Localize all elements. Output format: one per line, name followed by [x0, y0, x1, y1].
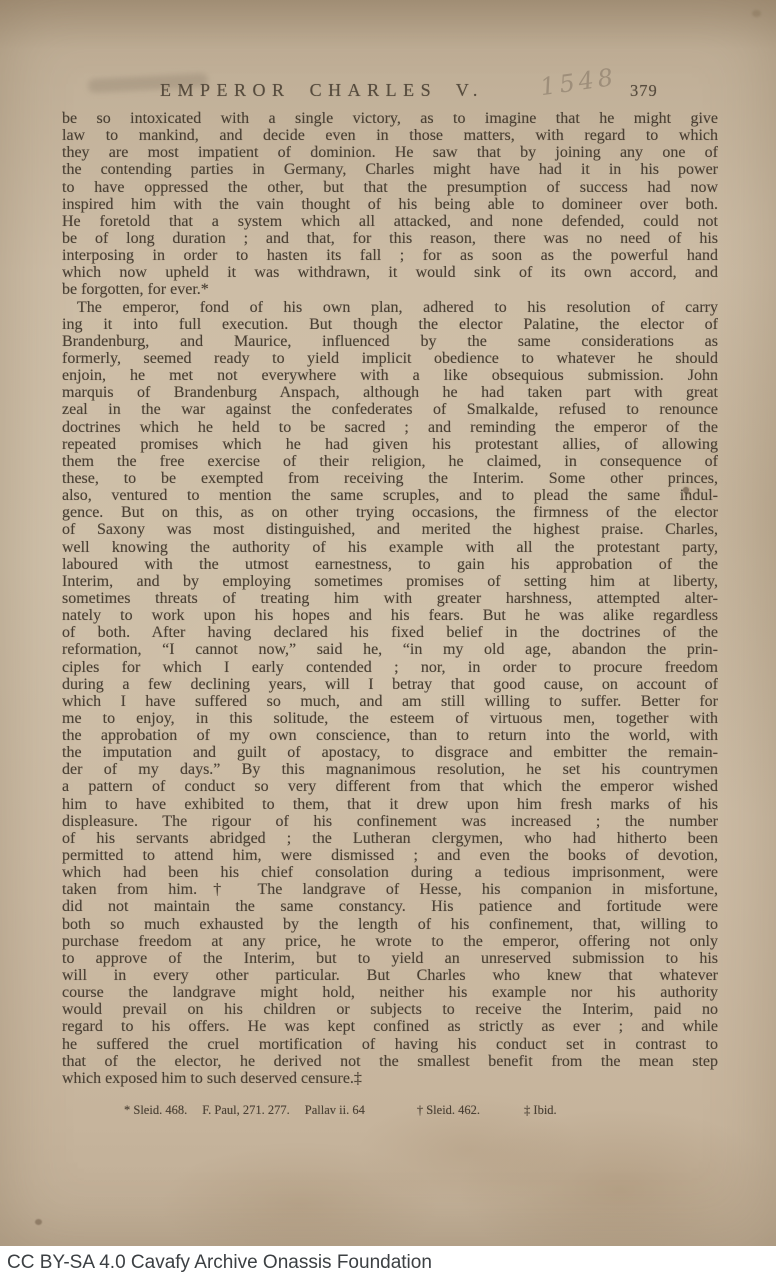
text-line: be so intoxicated with a single victory,… [62, 110, 718, 127]
text-line: ciples for which I early contended ; nor… [62, 659, 718, 676]
footnotes-row: * Sleid. 468. F. Paul, 271. 277. Pallav … [124, 1103, 684, 1118]
text-line: formerly, seemed ready to yield implicit… [62, 350, 718, 367]
text-line: of his servants abridged ; the Lutheran … [62, 830, 718, 847]
text-line: the approbation of my own conscience, th… [62, 727, 718, 744]
text-line: both so much exhausted by the length of … [62, 916, 718, 933]
text-line: be of long duration ; and that, for this… [62, 230, 718, 247]
text-line: purchase freedom at any price, he wrote … [62, 933, 718, 950]
running-head-title: EMPEROR CHARLES V. [62, 80, 582, 101]
text-line: permitted to attend him, were dismissed … [62, 847, 718, 864]
text-line: which now upheld it was withdrawn, it wo… [62, 264, 718, 281]
text-line: inspired him with the vain thought of hi… [62, 196, 718, 213]
text-line: Brandenburg, and Maurice, influenced by … [62, 333, 718, 350]
text-line: nately to work upon his hopes and his fe… [62, 607, 718, 624]
text-line: be forgotten, for ever.* [62, 281, 718, 298]
text-line: der of my days.” By this magnanimous res… [62, 761, 718, 778]
text-line: a pattern of conduct so very different f… [62, 778, 718, 795]
text-line: will in every other particular. But Char… [62, 967, 718, 984]
footnote-ref: ‡ Ibid. [524, 1103, 557, 1118]
text-line: during a few declining years, will I bet… [62, 676, 718, 693]
handwritten-year-note: 1548 [538, 63, 618, 101]
text-line: enjoin, he met not everywhere with a lik… [62, 367, 718, 384]
text-line: he suffered the cruel mortification of h… [62, 1036, 718, 1053]
text-line: me to enjoy, in this solitude, the estee… [62, 710, 718, 727]
paragraph: be so intoxicated with a single victory,… [62, 110, 718, 299]
text-line: taken from him.† The landgrave of Hesse,… [62, 881, 718, 898]
text-line: which exposed him to such deserved censu… [62, 1070, 718, 1087]
text-line: interposing in order to hasten its fall … [62, 247, 718, 264]
text-line: sometimes threats of treating him with g… [62, 590, 718, 607]
license-caption-bar: CC BY-SA 4.0 Cavafy Archive Onassis Foun… [0, 1246, 776, 1280]
text-line: they are most impatient of dominion. He … [62, 144, 718, 161]
text-line: the contending parties in Germany, Charl… [62, 161, 718, 178]
paper-stain [35, 1219, 42, 1225]
text-line: which had been his chief consolation dur… [62, 864, 718, 881]
text-line: also, ventured to mention the same scrup… [62, 487, 718, 504]
text-line: laboured with the utmost earnestness, to… [62, 556, 718, 573]
text-line: regard to his offers. He was kept confin… [62, 1018, 718, 1035]
text-line: zeal in the war against the confederates… [62, 401, 718, 418]
text-line: repeated promises which he had given his… [62, 436, 718, 453]
body-text: be so intoxicated with a single victory,… [62, 110, 718, 1087]
text-line: of both. After having declared his fixed… [62, 624, 718, 641]
text-line: The emperor, fond of his own plan, adher… [62, 299, 718, 316]
text-line: to approve of the Interim, but to yield … [62, 950, 718, 967]
text-line: ing it into full execution. But though t… [62, 316, 718, 333]
text-line: which I have suffered so much, and am st… [62, 693, 718, 710]
text-line: doctrines which he held to be sacred ; a… [62, 419, 718, 436]
footnote-ref: F. Paul, 271. 277. [202, 1103, 290, 1118]
text-line: gence. But on this, as on other trying o… [62, 504, 718, 521]
text-line: to have oppressed the other, but that th… [62, 179, 718, 196]
text-line: of Saxony was most distinguished, and me… [62, 521, 718, 538]
paragraph: The emperor, fond of his own plan, adher… [62, 299, 718, 1087]
text-line: law to mankind, and decide even in those… [62, 127, 718, 144]
license-caption-text: CC BY-SA 4.0 Cavafy Archive Onassis Foun… [0, 1252, 432, 1274]
footnote-ref: † Sleid. 462. [417, 1103, 480, 1118]
text-line: him to have exhibited to them, that it d… [62, 796, 718, 813]
text-line: would prevail on his children or subject… [62, 1001, 718, 1018]
page-number: 379 [630, 81, 670, 101]
text-line: did not maintain the same constancy. His… [62, 898, 718, 915]
footnote-ref: * Sleid. 468. [124, 1103, 187, 1118]
footnote-ref: Pallav ii. 64 [305, 1103, 365, 1118]
text-line: well knowing the authority of his exampl… [62, 539, 718, 556]
book-page-scan: EMPEROR CHARLES V. 1548 379 be so intoxi… [0, 0, 776, 1246]
text-line: them the free exercise of their religion… [62, 453, 718, 470]
text-line: that of the elector, he derived not the … [62, 1053, 718, 1070]
text-line: Interim, and by employing sometimes prom… [62, 573, 718, 590]
text-line: He foretold that a system which all atta… [62, 213, 718, 230]
text-line: course the landgrave might hold, neither… [62, 984, 718, 1001]
text-line: reformation, “I cannot now,” said he, “i… [62, 641, 718, 658]
text-line: marquis of Brandenburg Anspach, although… [62, 384, 718, 401]
text-line: these, to be exempted from receiving the… [62, 470, 718, 487]
screenshot-stage: EMPEROR CHARLES V. 1548 379 be so intoxi… [0, 0, 776, 1280]
paper-stain [752, 10, 761, 17]
text-line: the imputation and guilt of apostacy, to… [62, 744, 718, 761]
text-line: displeasure. The rigour of his confineme… [62, 813, 718, 830]
